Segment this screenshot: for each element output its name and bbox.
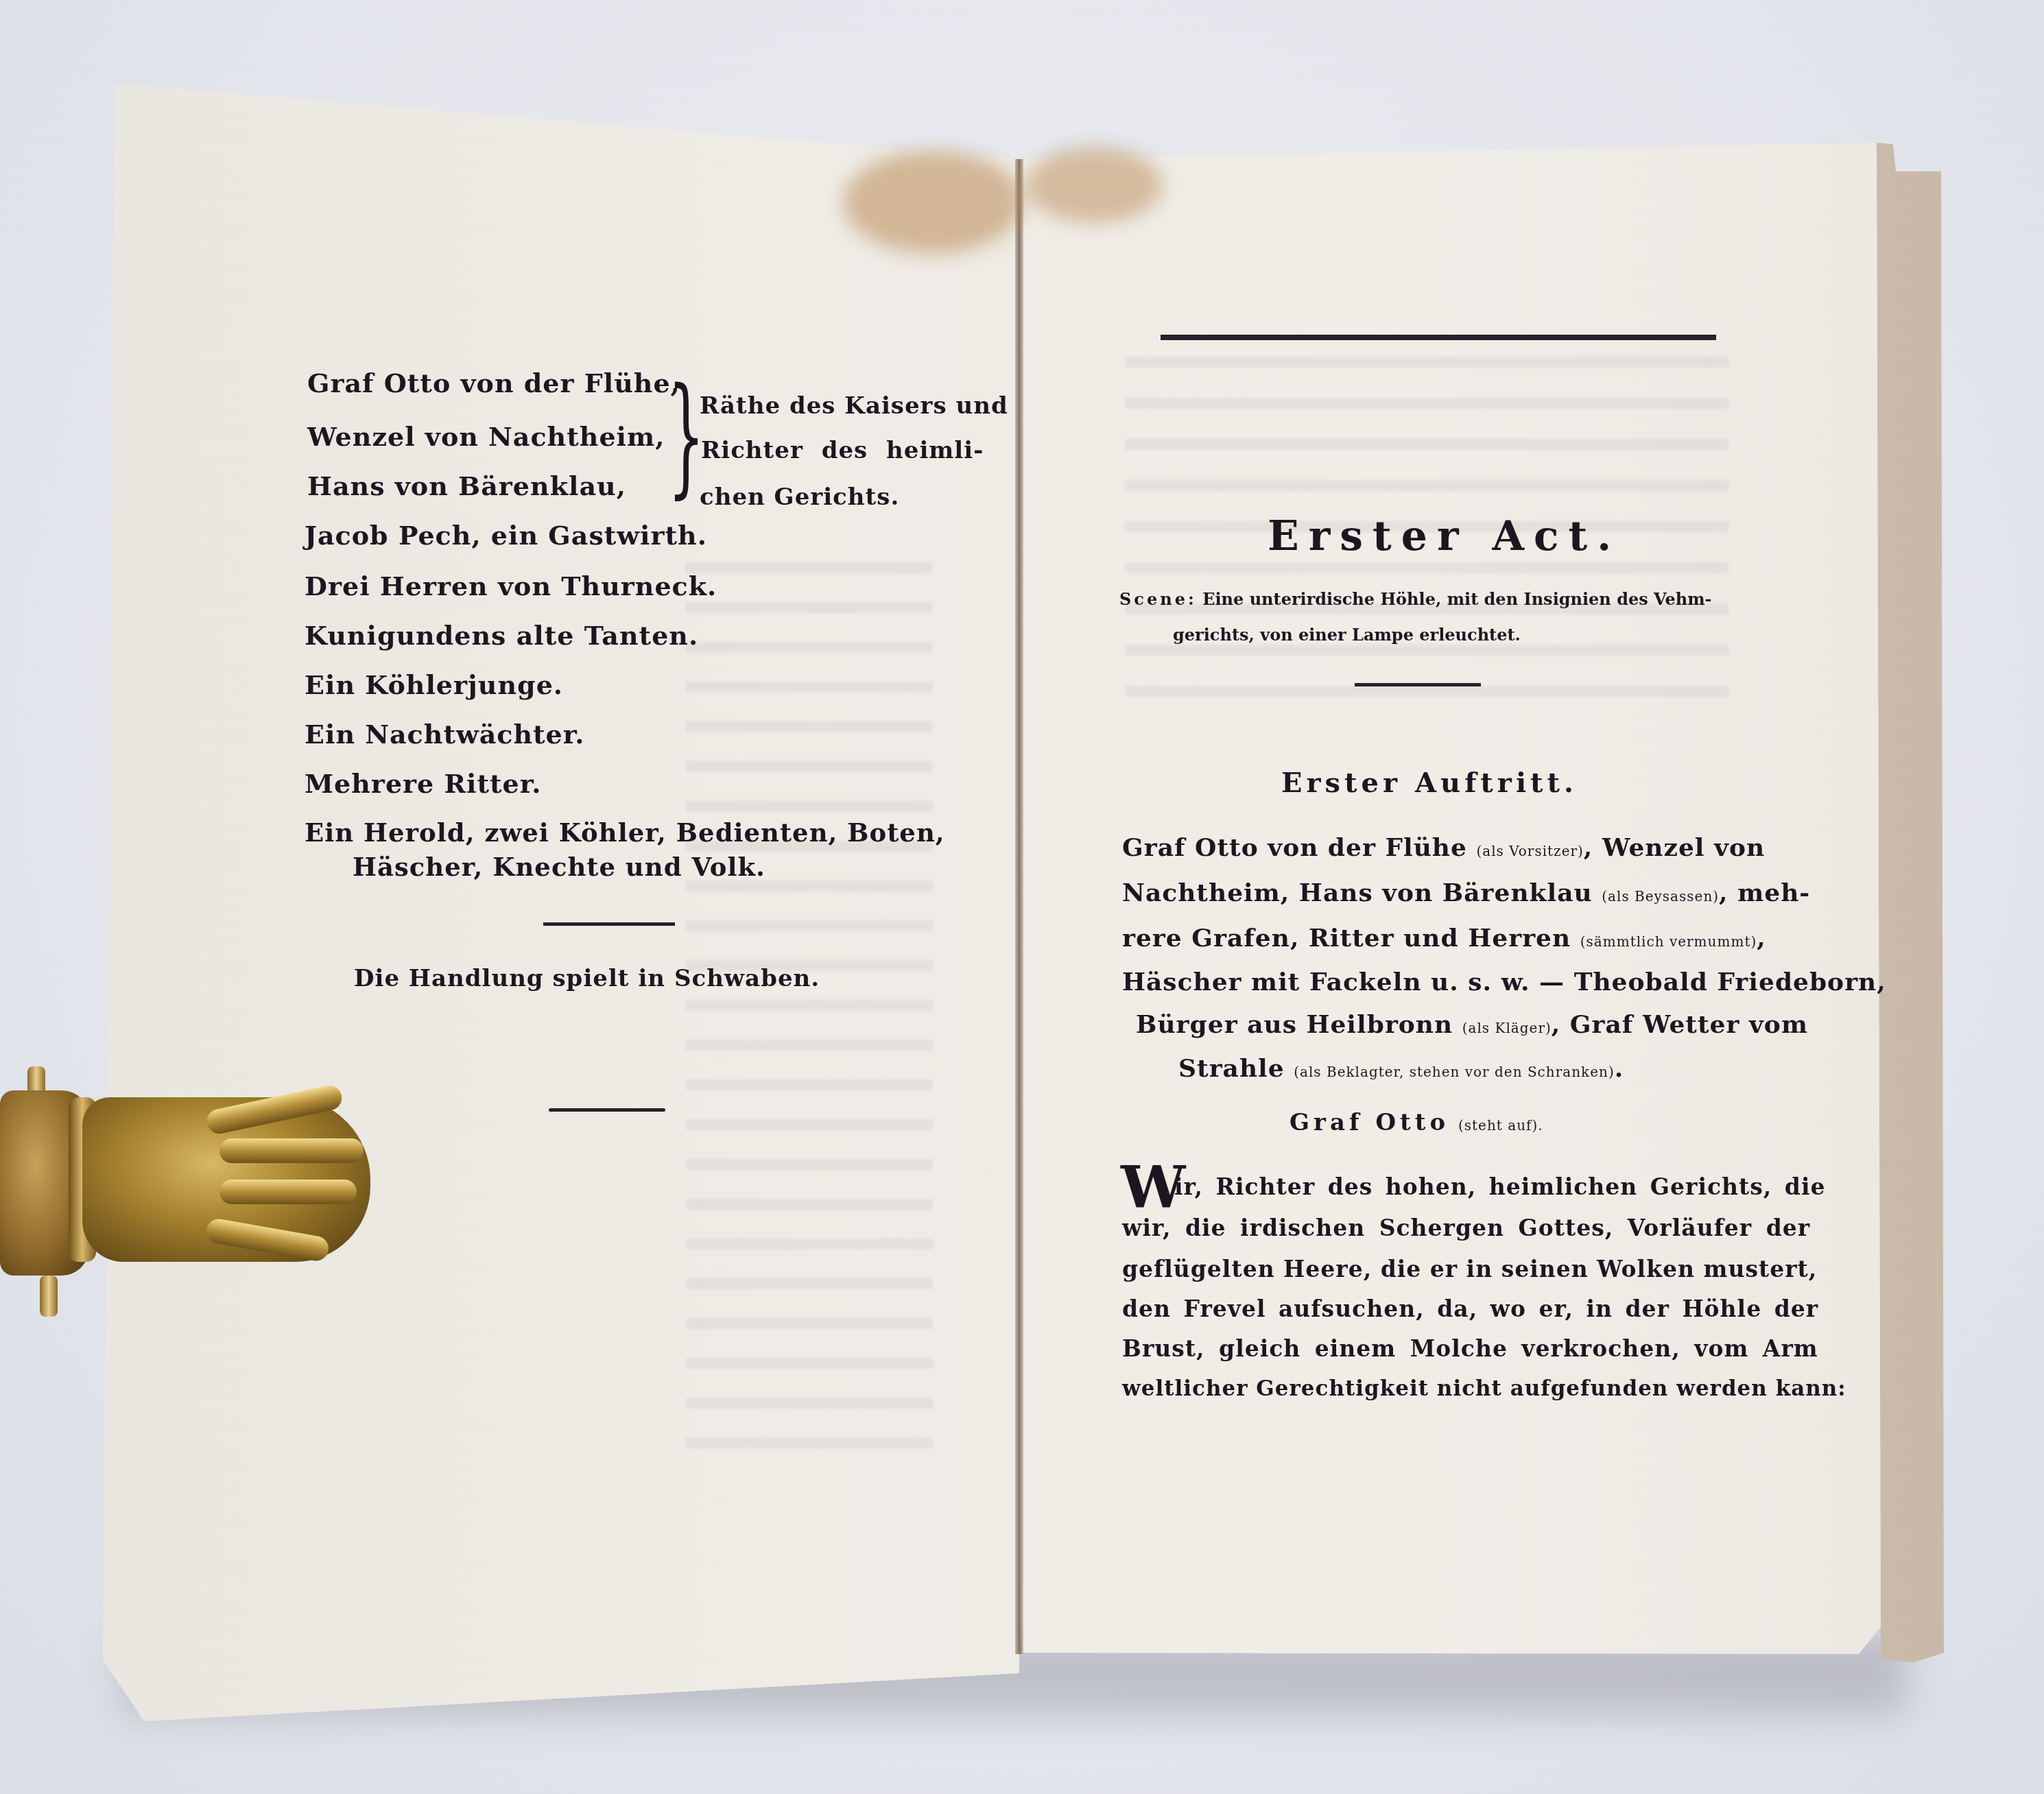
cast-list-item: Mehrere Ritter. — [305, 771, 542, 797]
scene-title: Erster Auftritt. — [1281, 769, 1578, 797]
speaker-direction: (steht auf). — [1458, 1117, 1543, 1134]
scene-line: Eine unterirdische Höhle, mit den Insign… — [1202, 589, 1711, 609]
speech-line: weltlicher Gerechtigkeit nicht aufgefund… — [1122, 1378, 1846, 1400]
curly-brace-icon: } — [667, 370, 704, 501]
cast-line: Nachtheim, Hans von Bärenklau (als Beysa… — [1122, 881, 1810, 905]
divider-rule — [1355, 683, 1481, 686]
cast-line: Häscher mit Fackeln u. s. w. — Theobald … — [1122, 970, 1886, 994]
speech-line: wir, die irdischen Schergen Gottes, Vorl… — [1122, 1217, 1810, 1239]
cast-line: rere Grafen, Ritter und Herren (sämmtlic… — [1122, 926, 1766, 950]
cast-description: Räthe des Kaisers und — [700, 394, 1008, 418]
cast-name: Hans von Bärenklau, — [307, 473, 626, 499]
book-gutter — [1015, 159, 1023, 1654]
cast-description: chen Gerichts. — [700, 486, 899, 509]
clip-finger — [219, 1180, 357, 1204]
cast-list-item: Ein Herold, zwei Köhler, Bedienten, Bote… — [305, 820, 945, 846]
cast-name: Graf Otto von der Flühe, — [307, 370, 680, 396]
scene-line: gerichts, von einer Lampe erleuchtet. — [1173, 627, 1521, 643]
cast-line: Strahle (als Beklagter, stehen vor den S… — [1178, 1056, 1624, 1081]
act-title: Erster Act. — [1268, 516, 1621, 557]
speaker-line: Graf Otto (steht auf). — [1290, 1111, 1543, 1134]
cast-description: Richter des heimli- — [701, 439, 984, 462]
clip-pin — [40, 1276, 58, 1317]
water-stain-left — [844, 151, 1022, 254]
clip-finger — [219, 1138, 364, 1163]
divider-rule — [549, 1108, 665, 1112]
cast-list-item: Ein Köhlerjunge. — [305, 672, 563, 698]
cast-list-item: Häscher, Knechte und Volk. — [353, 854, 765, 880]
speech-line: den Frevel aufsuchen, da, wo er, in der … — [1122, 1297, 1818, 1320]
scene-label: Scene: — [1119, 589, 1197, 609]
divider-rule — [543, 922, 675, 926]
cast-list-item: Jacob Pech, ein Gastwirth. — [305, 523, 707, 549]
setting-line: Die Handlung spielt in Schwaben. — [354, 967, 820, 990]
cast-list-item: Ein Nachtwächter. — [305, 721, 585, 747]
scene-description: Scene: Eine unterirdische Höhle, mit den… — [1119, 591, 1712, 608]
cast-line: Graf Otto von der Flühe (als Vorsitzer),… — [1122, 835, 1765, 860]
speech-line: Brust, gleich einem Molche verkrochen, v… — [1122, 1337, 1818, 1360]
speech-line: ir, Richter des hohen, heimlichen Gerich… — [1174, 1175, 1825, 1198]
water-stain-right — [1025, 147, 1163, 223]
speaker-name: Graf Otto — [1290, 1109, 1449, 1136]
header-rule — [1161, 335, 1716, 340]
bleed-through-text — [686, 562, 933, 1454]
cast-list-item: Drei Herren von Thurneck. — [305, 573, 717, 599]
cast-line: Bürger aus Heilbronn (als Kläger), Graf … — [1136, 1012, 1808, 1037]
cast-name: Wenzel von Nachtheim, — [307, 424, 665, 450]
cast-list-item: Kunigundens alte Tanten. — [305, 623, 698, 649]
speech-line: geflügelten Heere, die er in seinen Wolk… — [1122, 1258, 1817, 1280]
